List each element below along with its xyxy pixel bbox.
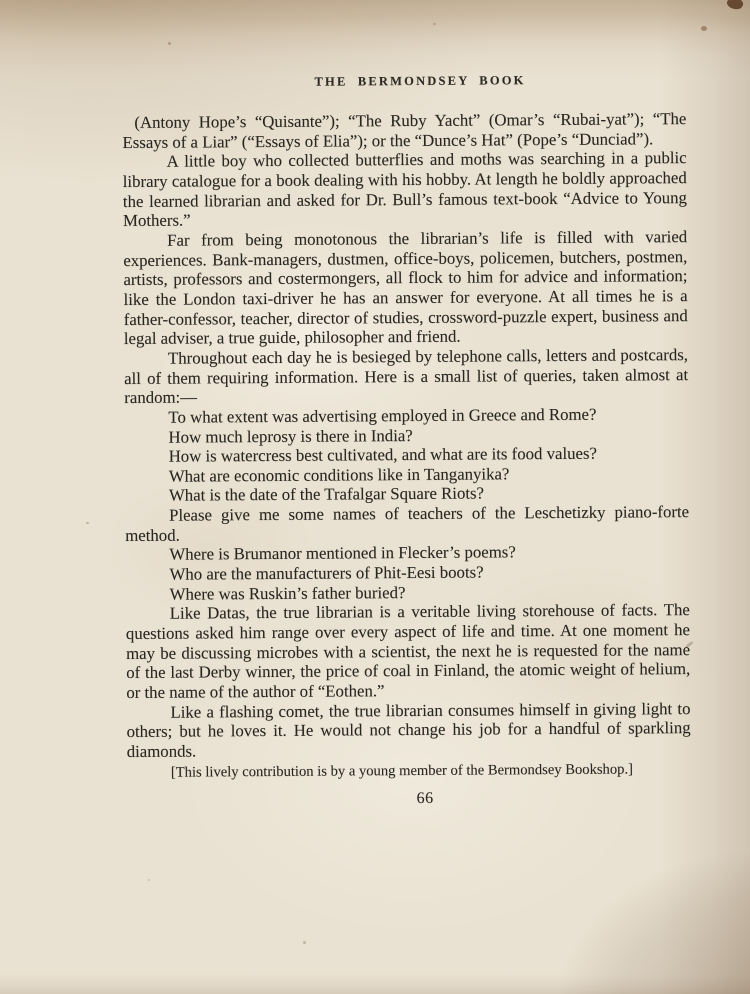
paragraph: Far from being monotonous the librarian’… — [123, 227, 688, 349]
paragraph: Throughout each day he is besieged by te… — [124, 345, 688, 408]
query-line: Please give me some names of teachers of… — [125, 502, 689, 545]
paper-fleck — [148, 879, 150, 881]
page-content: THE BERMONDSEY BOOK (Antony Hope’s “Quis… — [122, 72, 691, 810]
paper-fleck — [433, 23, 436, 25]
body-text: (Antony Hope’s “Quisante”); “The Ruby Ya… — [122, 109, 691, 783]
paragraph: A little boy who collected butterflies a… — [123, 148, 688, 231]
paper-fleck — [303, 941, 306, 944]
running-head: THE BERMONDSEY BOOK — [138, 72, 702, 91]
paragraph: Like a flashing comet, the true libraria… — [126, 699, 690, 762]
footnote: [This lively contribution is by a young … — [127, 760, 691, 783]
page-number: 66 — [143, 788, 707, 810]
paragraph: Like Datas, the true librarian is a veri… — [126, 600, 691, 702]
scanned-page: THE BERMONDSEY BOOK (Antony Hope’s “Quis… — [0, 0, 750, 994]
ink-stain — [726, 0, 745, 11]
ink-stain — [701, 26, 707, 31]
paper-fleck — [86, 522, 89, 524]
paper-fleck — [168, 42, 171, 45]
paragraph: (Antony Hope’s “Quisante”); “The Ruby Ya… — [122, 109, 686, 152]
